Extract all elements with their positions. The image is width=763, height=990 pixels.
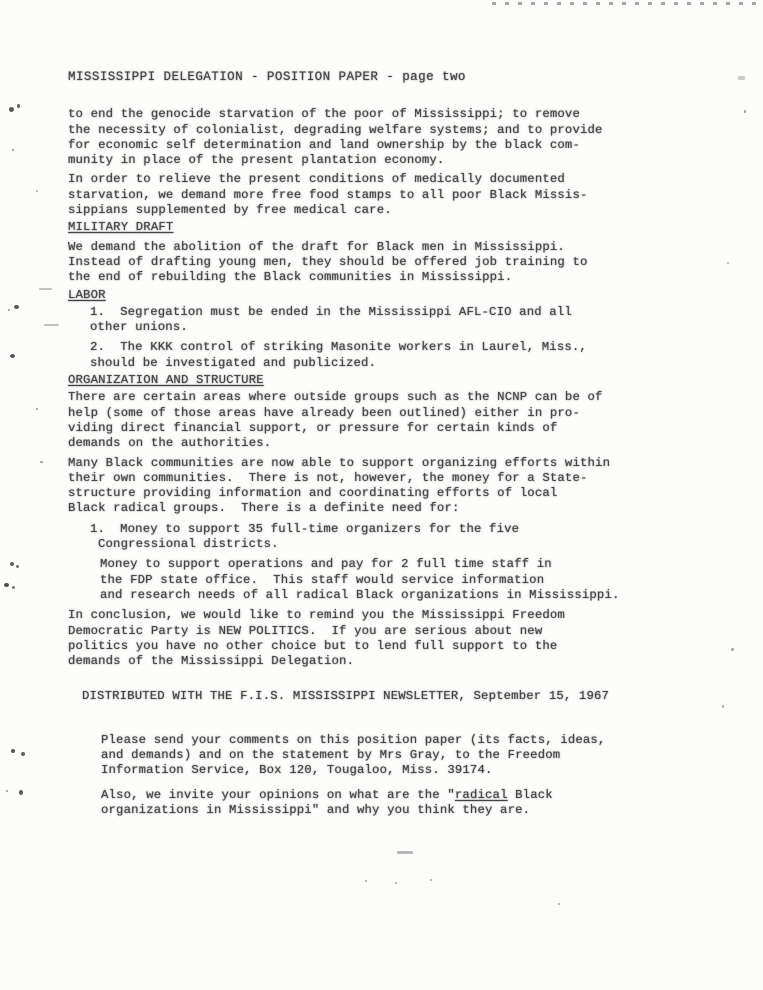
ink-speck bbox=[21, 752, 25, 756]
text-segment: Black bbox=[508, 788, 553, 802]
need-list-item-1: 1. Money to support 35 full-time organiz… bbox=[90, 522, 708, 553]
ink-speck bbox=[731, 648, 734, 651]
paragraph-communities: Many Black communities are now able to s… bbox=[68, 456, 708, 517]
labor-list-item-2: 2. The KKK control of striking Masonite … bbox=[90, 340, 708, 371]
text-line: and demands) and on the statement by Mrs… bbox=[101, 748, 708, 763]
pencil-dash bbox=[39, 288, 52, 290]
text-line: and research needs of all radical Black … bbox=[100, 588, 708, 603]
text-line: for economic self determination and land… bbox=[68, 138, 708, 153]
ink-speck bbox=[6, 790, 8, 792]
ink-speck bbox=[722, 705, 724, 708]
text-line: demands of the Mississippi Delegation. bbox=[68, 654, 708, 669]
paragraph-platform: to end the genocide starvation of the po… bbox=[68, 107, 708, 168]
paragraph-outside-groups: There are certain areas where outside gr… bbox=[68, 390, 708, 451]
ink-speck bbox=[365, 880, 367, 882]
text-line: munity in place of the present plantatio… bbox=[68, 153, 708, 168]
text-line: politics you have no other choice but to… bbox=[68, 639, 708, 654]
ink-speck bbox=[12, 149, 14, 151]
paragraph-conclusion: In conclusion, we would like to remind y… bbox=[68, 608, 708, 669]
text-line: their own communities. There is not, how… bbox=[68, 471, 708, 486]
ink-speck bbox=[40, 461, 43, 463]
text-line: Black radical groups. There is a definit… bbox=[68, 501, 708, 516]
text-line: viding direct financial support, or pres… bbox=[68, 421, 708, 436]
text-line: to end the genocide starvation of the po… bbox=[68, 107, 708, 122]
smudge-mark bbox=[738, 76, 745, 80]
text-line: demands on the authorities. bbox=[68, 436, 708, 451]
ink-speck bbox=[14, 305, 19, 309]
ink-speck bbox=[36, 190, 38, 192]
text-line: In conclusion, we would like to remind y… bbox=[68, 608, 708, 623]
distribution-note: DISTRIBUTED WITH THE F.I.S. MISSISSIPPI … bbox=[82, 689, 708, 704]
paragraph-comments-request: Please send your comments on this positi… bbox=[101, 733, 708, 779]
text-line: Information Service, Box 120, Tougaloo, … bbox=[101, 763, 708, 778]
text-line: help (some of those areas have already b… bbox=[68, 406, 708, 421]
ink-speck bbox=[16, 565, 19, 568]
text-line: organizations in Mississippi" and why yo… bbox=[101, 803, 708, 818]
text-line: starvation, we demand more free food sta… bbox=[68, 188, 708, 203]
perforation-dashes bbox=[492, 2, 763, 5]
text-line: In order to relieve the present conditio… bbox=[68, 172, 708, 187]
ink-speck bbox=[11, 749, 15, 753]
paragraph-opinions-request: Also, we invite your opinions on what ar… bbox=[101, 788, 708, 819]
section-heading-labor: LABOR bbox=[68, 288, 708, 303]
ink-speck bbox=[36, 408, 38, 410]
ink-speck bbox=[8, 309, 10, 311]
need-list-item-2: Money to support operations and pay for … bbox=[100, 557, 708, 603]
text-line: the end of rebuilding the Black communit… bbox=[68, 270, 708, 285]
text-line: Many Black communities are now able to s… bbox=[68, 456, 708, 471]
text-line: Congressional districts. bbox=[90, 537, 708, 552]
squiggle-mark bbox=[397, 851, 413, 854]
ink-speck bbox=[17, 104, 20, 108]
page-title: MISSISSIPPI DELEGATION - POSITION PAPER … bbox=[68, 70, 708, 85]
paragraph-food-stamps: In order to relieve the present conditio… bbox=[68, 172, 708, 218]
section-heading-military-draft: MILITARY DRAFT bbox=[68, 220, 708, 235]
text-line: Also, we invite your opinions on what ar… bbox=[101, 788, 708, 803]
labor-list-item-1: 1. Segregation must be ended in the Miss… bbox=[90, 305, 708, 336]
text-line: Money to support operations and pay for … bbox=[100, 557, 708, 572]
text-line: the FDP state office. This staff would s… bbox=[100, 573, 708, 588]
ink-speck bbox=[19, 790, 23, 795]
text-line: Instead of drafting young men, they shou… bbox=[68, 255, 708, 270]
text-line: sippians supplemented by free medical ca… bbox=[68, 203, 708, 218]
scanned-document-page: MISSISSIPPI DELEGATION - POSITION PAPER … bbox=[0, 0, 763, 990]
ink-speck bbox=[10, 354, 15, 358]
ink-speck bbox=[727, 262, 729, 264]
ink-speck bbox=[10, 562, 14, 566]
ink-speck bbox=[4, 583, 9, 587]
ink-speck bbox=[395, 882, 397, 884]
text-line: Democratic Party is NEW POLITICS. If you… bbox=[68, 624, 708, 639]
text-segment: Also, we invite your opinions on what ar… bbox=[101, 788, 455, 802]
text-line: structure providing information and coor… bbox=[68, 486, 708, 501]
text-line: other unions. bbox=[90, 320, 708, 335]
section-heading-organization: ORGANIZATION AND STRUCTURE bbox=[68, 373, 708, 388]
text-line: 1. Money to support 35 full-time organiz… bbox=[90, 522, 708, 537]
text-line: We demand the abolition of the draft for… bbox=[68, 240, 708, 255]
underlined-word-radical: radical bbox=[455, 788, 508, 802]
ink-speck bbox=[430, 879, 432, 881]
text-line: 2. The KKK control of striking Masonite … bbox=[90, 340, 708, 355]
text-line: 1. Segregation must be ended in the Miss… bbox=[90, 305, 708, 320]
ink-speck bbox=[9, 107, 14, 112]
paragraph-draft: We demand the abolition of the draft for… bbox=[68, 240, 708, 286]
ink-speck bbox=[744, 110, 746, 113]
text-line: There are certain areas where outside gr… bbox=[68, 390, 708, 405]
text-line: Please send your comments on this positi… bbox=[101, 733, 708, 748]
text-line: the necessity of colonialist, degrading … bbox=[68, 123, 708, 138]
document-content: MISSISSIPPI DELEGATION - POSITION PAPER … bbox=[68, 70, 708, 818]
ink-speck bbox=[12, 586, 15, 589]
pencil-dash bbox=[44, 324, 59, 326]
text-line: should be investigated and publicized. bbox=[90, 356, 708, 371]
ink-speck bbox=[558, 903, 560, 905]
